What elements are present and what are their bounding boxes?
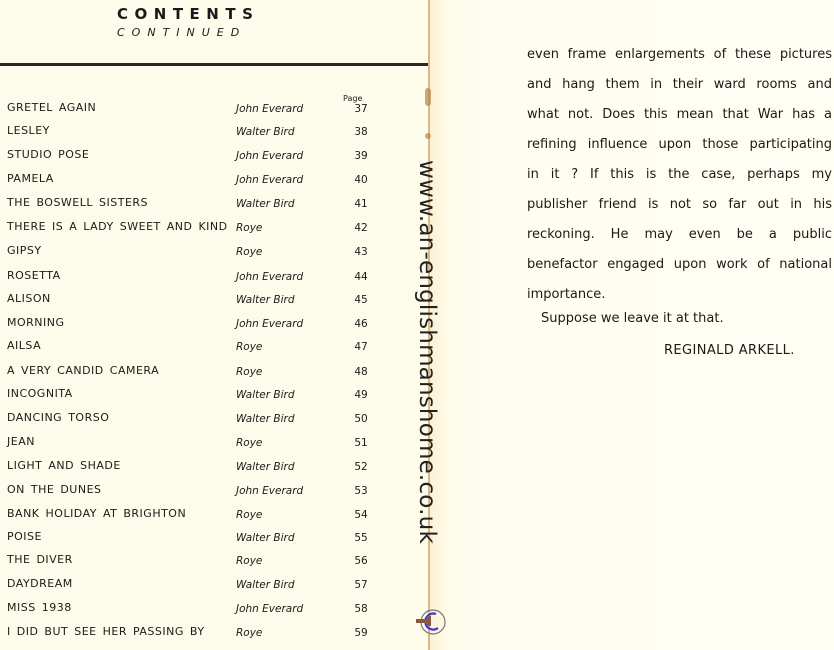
entry-photographer: John Everard: [236, 103, 303, 115]
text-line: what not. Does this mean that War has a: [527, 100, 832, 130]
entry-photographer: Walter Bird: [236, 461, 295, 473]
author-signature: REGINALD ARKELL.: [664, 343, 795, 358]
entry-title: GRETEL AGAIN: [7, 101, 96, 114]
entry-page-number: 53: [353, 485, 369, 497]
entry-photographer: Walter Bird: [236, 413, 295, 425]
entry-photographer: Roye: [236, 246, 262, 258]
contents-entry: JEANRoye51: [0, 435, 420, 453]
text-line: and hang them in their ward rooms and: [527, 70, 832, 100]
entry-title: JEAN: [7, 435, 35, 448]
entry-title: THERE IS A LADY SWEET AND KIND: [7, 220, 228, 233]
entry-title: DANCING TORSO: [7, 411, 109, 424]
contents-entry: LIGHT AND SHADEWalter Bird52: [0, 459, 420, 477]
body-text: even frame enlargements of these picture…: [527, 40, 832, 310]
entry-photographer: Roye: [236, 555, 262, 567]
entry-photographer: Walter Bird: [236, 198, 295, 210]
contents-entry: AILSARoye47: [0, 339, 420, 357]
entry-page-number: 48: [353, 366, 369, 378]
entry-photographer: John Everard: [236, 271, 303, 283]
contents-entry: MORNINGJohn Everard46: [0, 316, 420, 334]
entry-page-number: 47: [353, 341, 369, 353]
entry-page-number: 56: [353, 555, 369, 567]
entry-title: GIPSY: [7, 244, 42, 257]
text-line: in it ? If this is the case, perhaps my: [527, 160, 832, 190]
contents-heading: CONTENTS: [117, 5, 259, 23]
entry-title: ON THE DUNES: [7, 483, 102, 496]
entry-photographer: Walter Bird: [236, 579, 295, 591]
entry-page-number: 59: [353, 627, 369, 639]
contents-entry: DANCING TORSOWalter Bird50: [0, 411, 420, 429]
entry-title: A VERY CANDID CAMERA: [7, 364, 159, 377]
contents-entry: POISEWalter Bird55: [0, 530, 420, 548]
contents-entry: ALISONWalter Bird45: [0, 292, 420, 310]
contents-entry: GIPSYRoye43: [0, 244, 420, 262]
text-line: publisher friend is not so far out in hi…: [527, 190, 832, 220]
entry-photographer: John Everard: [236, 603, 303, 615]
entry-title: AILSA: [7, 339, 41, 352]
contents-entry: ROSETTAJohn Everard44: [0, 269, 420, 287]
entry-photographer: Walter Bird: [236, 294, 295, 306]
watermark-url: www.an-englishmanshome.co.uk: [414, 160, 440, 544]
entry-page-number: 58: [353, 603, 369, 615]
entry-photographer: Roye: [236, 341, 262, 353]
entry-page-number: 49: [353, 389, 369, 401]
entry-title: PAMELA: [7, 172, 54, 185]
entry-photographer: Walter Bird: [236, 126, 295, 138]
entry-photographer: Walter Bird: [236, 532, 295, 544]
entry-page-number: 44: [353, 271, 369, 283]
entry-title: LIGHT AND SHADE: [7, 459, 121, 472]
contents-entry: GRETEL AGAINJohn Everard37: [0, 101, 420, 119]
entry-page-number: 37: [353, 103, 369, 115]
entry-page-number: 43: [353, 246, 369, 258]
entry-page-number: 55: [353, 532, 369, 544]
entry-title: INCOGNITA: [7, 387, 73, 400]
contents-entry: THERE IS A LADY SWEET AND KINDRoye42: [0, 220, 420, 238]
entry-photographer: Roye: [236, 437, 262, 449]
entry-photographer: Roye: [236, 222, 262, 234]
entry-title: ALISON: [7, 292, 51, 305]
contents-entry: MISS 1938John Everard58: [0, 601, 420, 619]
contents-entry: BANK HOLIDAY AT BRIGHTONRoye54: [0, 507, 420, 525]
entry-page-number: 57: [353, 579, 369, 591]
header-rule: [0, 63, 428, 66]
entry-title: STUDIO POSE: [7, 148, 89, 161]
contents-entry: THE BOSWELL SISTERSWalter Bird41: [0, 196, 420, 214]
entry-title: LESLEY: [7, 124, 50, 137]
entry-page-number: 42: [353, 222, 369, 234]
entry-photographer: Roye: [236, 509, 262, 521]
text-line: benefactor engaged upon work of national: [527, 250, 832, 280]
entry-page-number: 50: [353, 413, 369, 425]
entry-page-number: 45: [353, 294, 369, 306]
entry-title: POISE: [7, 530, 42, 543]
contents-entry: DAYDREAMWalter Bird57: [0, 577, 420, 595]
entry-photographer: John Everard: [236, 318, 303, 330]
text-line: even frame enlargements of these picture…: [527, 40, 832, 70]
entry-page-number: 54: [353, 509, 369, 521]
entry-photographer: John Everard: [236, 485, 303, 497]
entry-page-number: 52: [353, 461, 369, 473]
entry-title: THE BOSWELL SISTERS: [7, 196, 148, 209]
text-line: importance.: [527, 280, 832, 310]
entry-page-number: 41: [353, 198, 369, 210]
contents-entry: INCOGNITAWalter Bird49: [0, 387, 420, 405]
entry-photographer: Walter Bird: [236, 389, 295, 401]
entry-title: BANK HOLIDAY AT BRIGHTON: [7, 507, 186, 520]
entry-page-number: 40: [353, 174, 369, 186]
contents-entry: ON THE DUNESJohn Everard53: [0, 483, 420, 501]
entry-page-number: 46: [353, 318, 369, 330]
text-line: refining influence upon those participat…: [527, 130, 832, 160]
entry-photographer: John Everard: [236, 174, 303, 186]
entry-photographer: Roye: [236, 627, 262, 639]
contents-subheading: CONTINUED: [117, 26, 246, 39]
entry-title: THE DIVER: [7, 553, 73, 566]
entry-page-number: 39: [353, 150, 369, 162]
closing-line: Suppose we leave it at that.: [541, 311, 724, 326]
entry-title: DAYDREAM: [7, 577, 73, 590]
paper-stain: [425, 133, 431, 139]
entry-photographer: John Everard: [236, 150, 303, 162]
entry-title: MORNING: [7, 316, 65, 329]
entry-page-number: 38: [353, 126, 369, 138]
entry-title: I DID BUT SEE HER PASSING BY: [7, 625, 205, 638]
entry-photographer: Roye: [236, 366, 262, 378]
contents-entry: I DID BUT SEE HER PASSING BYRoye59: [0, 625, 420, 643]
text-line: reckoning. He may even be a public: [527, 220, 832, 250]
entry-title: MISS 1938: [7, 601, 72, 614]
contents-entry: A VERY CANDID CAMERARoye48: [0, 364, 420, 382]
entry-title: ROSETTA: [7, 269, 61, 282]
contents-entry: STUDIO POSEJohn Everard39: [0, 148, 420, 166]
contents-entry: PAMELAJohn Everard40: [0, 172, 420, 190]
paper-stain: [425, 88, 431, 106]
contents-entry: THE DIVERRoye56: [0, 553, 420, 571]
entry-page-number: 51: [353, 437, 369, 449]
c-logo-icon: [416, 607, 446, 637]
contents-entry: LESLEYWalter Bird38: [0, 124, 420, 142]
